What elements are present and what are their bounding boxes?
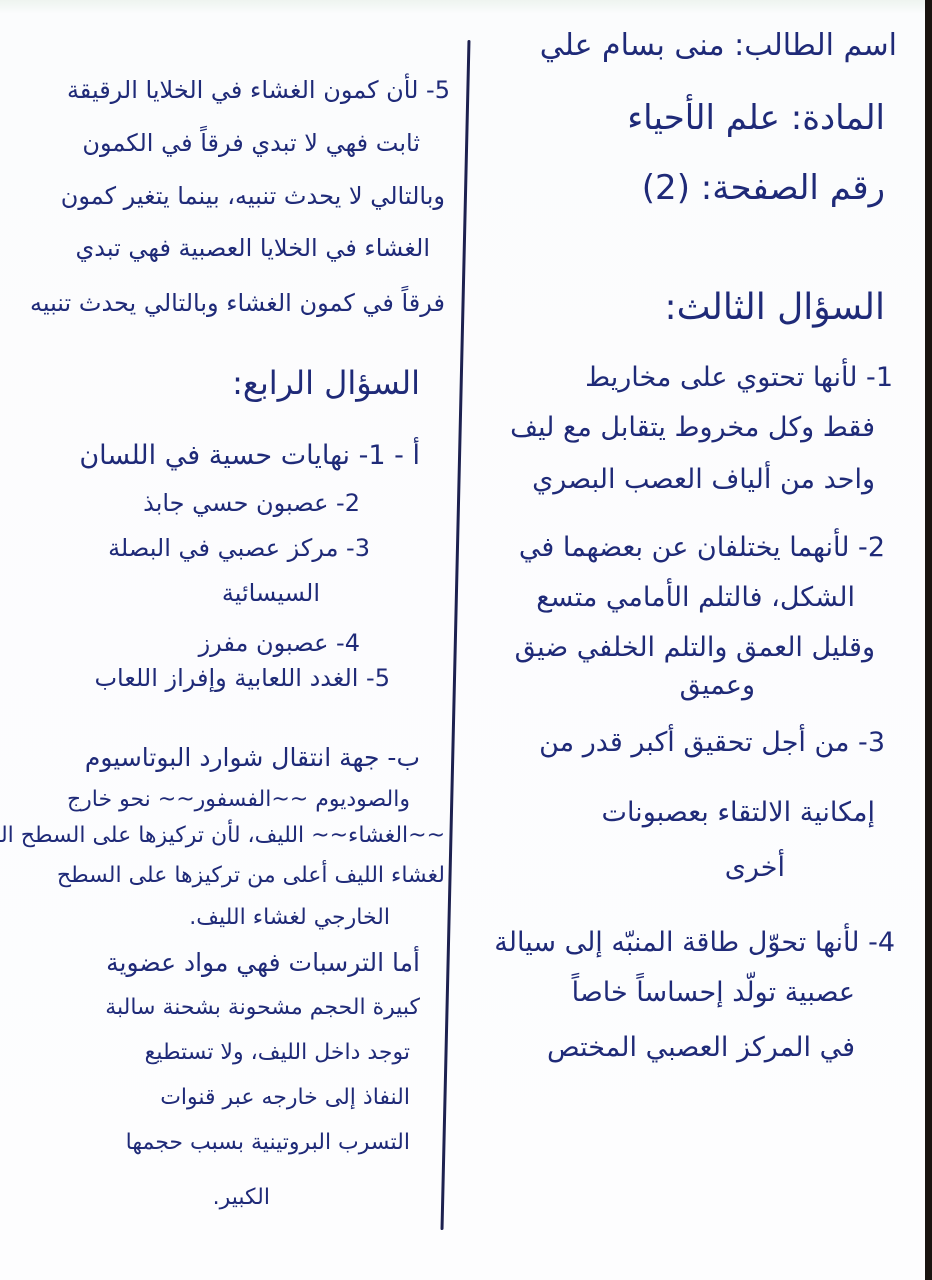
q4-a-item5: 5- الغدد اللعابية وإفراز اللعاب <box>94 660 390 696</box>
page-number: رقم الصفحة: (2) <box>642 170 885 206</box>
q3-answer4-line2: عصبية تولّد إحساساً خاصاً <box>572 975 855 1011</box>
q4-b-line4: لغشاء الليف أعلى من تركيزها على السطح <box>57 858 445 894</box>
q2-item5-line1: 5- لأن كمون الغشاء في الخلايا الرقيقة <box>67 72 450 108</box>
q4-a-item3: 3- مركز عصبي في البصلة <box>108 530 370 566</box>
student-name: اسم الطالب: منى بسام علي <box>540 28 897 64</box>
q4-a-item4: 4- عصبون مفرز <box>199 625 360 661</box>
column-divider <box>440 40 470 1230</box>
q2-item5-line5: فرقاً في كمون الغشاء وبالتالي يحدث تنبيه <box>30 285 445 321</box>
q4-b-line11: الكبير. <box>213 1180 270 1216</box>
q4-b-line5: الخارجي لغشاء الليف. <box>189 900 390 936</box>
q4-b-line9: النفاذ إلى خارجه عبر قنوات <box>160 1080 410 1116</box>
q3-answer4-line1: 4- لأنها تحوّل طاقة المنبّه إلى سيالة <box>494 925 895 961</box>
q3-answer4-line3: في المركز العصبي المختص <box>547 1030 855 1066</box>
q2-item5-line3: وبالتالي لا يحدث تنبيه، بينما يتغير كمون <box>61 178 445 214</box>
question3-title: السؤال الثالث: <box>664 290 885 326</box>
q2-item5-line2: ثابت فهي لا تبدي فرقاً في الكمون <box>82 125 420 161</box>
q4-b-line7: كبيرة الحجم مشحونة بشحنة سالبة <box>105 990 420 1026</box>
q3-answer2-line1: 2- لأنهما يختلفان عن بعضهما في <box>519 530 885 566</box>
q4-b-line2: والصوديوم ~~الفسفور~~ نحو خارج <box>67 782 410 818</box>
q3-answer1-line2: فقط وكل مخروط يتقابل مع ليف <box>510 410 875 446</box>
q3-answer2-line3: وقليل العمق والتلم الخلفي ضيق <box>515 630 875 666</box>
subject: المادة: علم الأحياء <box>627 100 885 136</box>
q4-b-line3: ~~الغشاء~~ الليف، لأن تركيزها على السطح … <box>0 818 445 854</box>
q4-b-line8: توجد داخل الليف، ولا تستطيع <box>145 1035 410 1071</box>
q3-answer2-line4: وعميق <box>680 668 755 704</box>
q3-answer3-line2: إمكانية الالتقاء بعصبونات <box>602 795 875 831</box>
q3-answer3-line3: أخرى <box>725 850 785 886</box>
q3-answer1-line1: 1- لأنها تحتوي على مخاريط <box>585 360 893 396</box>
handwritten-answer-sheet: اسم الطالب: منى بسام علي المادة: علم الأ… <box>0 0 925 1280</box>
question4-title: السؤال الرابع: <box>232 365 420 401</box>
q4-b-line1: ب- جهة انتقال شوارد البوتاسيوم <box>85 740 420 776</box>
q2-item5-line4: الغشاء في الخلايا العصبية فهي تبدي <box>75 230 430 266</box>
q3-answer2-line2: الشكل، فالتلم الأمامي متسع <box>536 580 855 616</box>
q3-answer3-line1: 3- من أجل تحقيق أكبر قدر من <box>539 725 885 761</box>
q4-b-line10: التسرب البروتينية بسبب حجمها <box>126 1125 410 1161</box>
q4-a-item3-cont: السيسائية <box>222 575 320 611</box>
q4-a-item2: 2- عصبون حسي جابذ <box>143 485 360 521</box>
q3-answer1-line3: واحد من ألياف العصب البصري <box>532 462 875 498</box>
q4-b-line6: أما الترسبات فهي مواد عضوية <box>106 945 420 981</box>
q4-a-item1: أ - 1- نهايات حسية في اللسان <box>79 438 420 474</box>
